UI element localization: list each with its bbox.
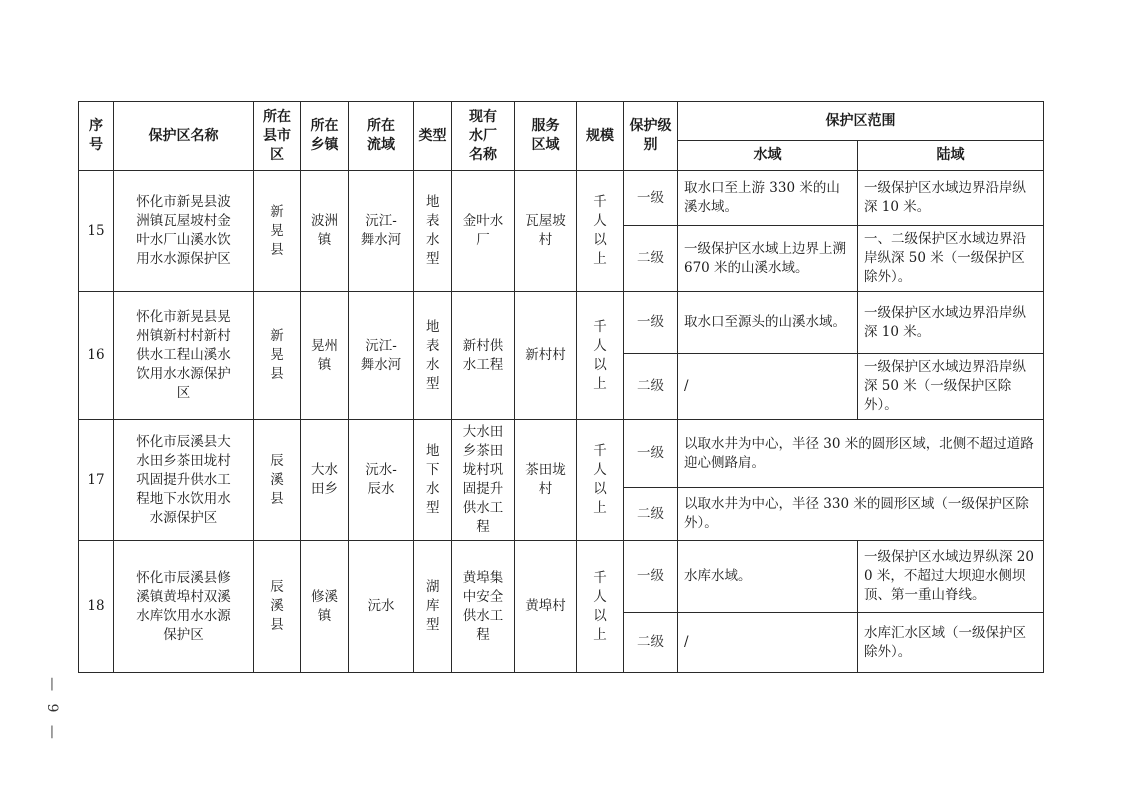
cell-service: 新村村 <box>515 292 577 420</box>
cell-scale: 千人以上 <box>577 292 624 420</box>
header-scale: 规模 <box>577 102 624 171</box>
cell-town: 波洲镇 <box>301 171 349 292</box>
table-row: 15 怀化市新晃县波洲镇瓦屋坡村金叶水厂山溪水饮用水水源保护区 新晃县 波洲镇 … <box>79 171 1044 226</box>
cell-scale: 千人以上 <box>577 171 624 292</box>
cell-county: 辰溪县 <box>254 541 301 673</box>
cell-town: 修溪镇 <box>301 541 349 673</box>
cell-land: 一级保护区水域边界沿岸纵深 50 米（一级保护区除外）。 <box>858 354 1044 420</box>
header-town: 所在乡镇 <box>301 102 349 171</box>
cell-level: 二级 <box>624 226 678 292</box>
cell-land: 一、二级保护区水域边界沿岸纵深 50 米（一级保护区除外）。 <box>858 226 1044 292</box>
cell-town: 晃州镇 <box>301 292 349 420</box>
cell-land: 水库汇水区域（一级保护区除外）。 <box>858 613 1044 673</box>
cell-type: 地表水型 <box>414 171 452 292</box>
cell-service: 瓦屋坡村 <box>515 171 577 292</box>
cell-plant: 新村供水工程 <box>452 292 515 420</box>
cell-type: 地表水型 <box>414 292 452 420</box>
cell-level: 一级 <box>624 171 678 226</box>
cell-name: 怀化市辰溪县修溪镇黄埠村双溪水库饮用水水源保护区 <box>114 541 254 673</box>
cell-water: 一级保护区水域上边界上溯 670 米的山溪水域。 <box>678 226 858 292</box>
cell-basin: 沅江-舞水河 <box>349 171 414 292</box>
cell-service: 黄埠村 <box>515 541 577 673</box>
cell-level: 二级 <box>624 488 678 541</box>
header-type: 类型 <box>414 102 452 171</box>
cell-land: 一级保护区水域边界纵深 200 米，不超过大坝迎水侧坝顶、第一重山脊线。 <box>858 541 1044 613</box>
header-county: 所在县市区 <box>254 102 301 171</box>
cell-name: 怀化市新晃县波洲镇瓦屋坡村金叶水厂山溪水饮用水水源保护区 <box>114 171 254 292</box>
cell-plant: 金叶水厂 <box>452 171 515 292</box>
cell-water: 取水口至上游 330 米的山溪水域。 <box>678 171 858 226</box>
cell-seq: 18 <box>79 541 114 673</box>
cell-county: 辰溪县 <box>254 420 301 541</box>
cell-level: 一级 <box>624 292 678 354</box>
cell-level: 二级 <box>624 613 678 673</box>
cell-water: 取水口至源头的山溪水域。 <box>678 292 858 354</box>
page-number: — 9 — <box>42 680 62 740</box>
cell-seq: 17 <box>79 420 114 541</box>
cell-land: 一级保护区水域边界沿岸纵深 10 米。 <box>858 292 1044 354</box>
header-scope: 保护区范围 <box>678 102 1044 141</box>
cell-level: 一级 <box>624 420 678 488</box>
cell-seq: 16 <box>79 292 114 420</box>
cell-seq: 15 <box>79 171 114 292</box>
cell-type: 地下水型 <box>414 420 452 541</box>
table-row: 16 怀化市新晃县晃州镇新村村新村供水工程山溪水饮用水水源保护区 新晃县 晃州镇… <box>79 292 1044 354</box>
cell-county: 新晃县 <box>254 171 301 292</box>
cell-plant: 大水田乡茶田垅村巩固提升供水工程 <box>452 420 515 541</box>
cell-name: 怀化市新晃县晃州镇新村村新村供水工程山溪水饮用水水源保护区 <box>114 292 254 420</box>
cell-county: 新晃县 <box>254 292 301 420</box>
cell-water: 水库水域。 <box>678 541 858 613</box>
header-service: 服务区域 <box>515 102 577 171</box>
cell-plant: 黄埠集中安全供水工程 <box>452 541 515 673</box>
table-row: 17 怀化市辰溪县大水田乡茶田垅村巩固提升供水工程地下水饮用水水源保护区 辰溪县… <box>79 420 1044 488</box>
table-row: 18 怀化市辰溪县修溪镇黄埠村双溪水库饮用水水源保护区 辰溪县 修溪镇 沅水 湖… <box>79 541 1044 613</box>
cell-name: 怀化市辰溪县大水田乡茶田垅村巩固提升供水工程地下水饮用水水源保护区 <box>114 420 254 541</box>
cell-scope-merged: 以取水井为中心，半径 30 米的圆形区域，北侧不超过道路迎心侧路肩。 <box>678 420 1044 488</box>
cell-water: / <box>678 613 858 673</box>
header-basin: 所在流域 <box>349 102 414 171</box>
header-seq: 序号 <box>79 102 114 171</box>
cell-type: 湖库型 <box>414 541 452 673</box>
page-number-text: — 9 — <box>44 677 60 743</box>
cell-land: 一级保护区水域边界沿岸纵深 10 米。 <box>858 171 1044 226</box>
cell-basin: 沅水 <box>349 541 414 673</box>
header-name: 保护区名称 <box>114 102 254 171</box>
cell-scale: 千人以上 <box>577 420 624 541</box>
header-water: 水域 <box>678 141 858 171</box>
cell-town: 大水田乡 <box>301 420 349 541</box>
cell-level: 二级 <box>624 354 678 420</box>
cell-water: / <box>678 354 858 420</box>
cell-basin: 沅水-辰水 <box>349 420 414 541</box>
cell-scale: 千人以上 <box>577 541 624 673</box>
cell-level: 一级 <box>624 541 678 613</box>
cell-scope-merged: 以取水井为中心，半径 330 米的圆形区域（一级保护区除外）。 <box>678 488 1044 541</box>
header-level: 保护级别 <box>624 102 678 171</box>
protection-zone-table: 序号 保护区名称 所在县市区 所在乡镇 所在流域 类型 现有水厂名称 服务区域 … <box>78 101 1044 673</box>
header-plant: 现有水厂名称 <box>452 102 515 171</box>
cell-basin: 沅江-舞水河 <box>349 292 414 420</box>
cell-service: 茶田垅村 <box>515 420 577 541</box>
header-land: 陆域 <box>858 141 1044 171</box>
